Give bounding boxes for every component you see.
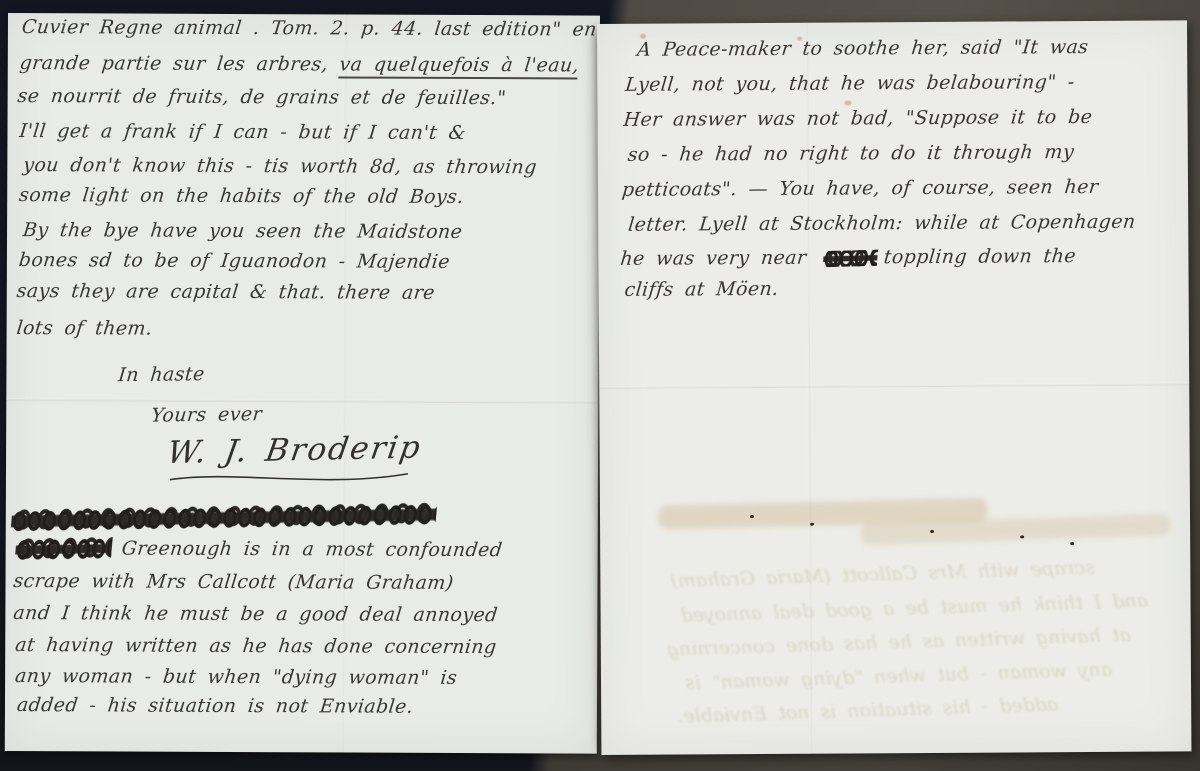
ink-scribble: [14, 535, 112, 563]
ink-speck: [930, 530, 934, 533]
manuscript-line: By the bye have you seen the Maidstone: [22, 219, 464, 243]
closing-line: Yours ever: [150, 403, 263, 426]
manuscript-line: se nourrit de fruits, de grains et de fe…: [16, 85, 507, 109]
ink-scribble: [10, 497, 438, 538]
signature-flourish: [164, 468, 414, 487]
manuscript-line: he was very near toppling down the: [619, 245, 1077, 270]
manuscript-line: scrape with Mrs Callcott (Maria Graham): [12, 570, 455, 594]
manuscript-line: some light on the habits of the old Boys…: [18, 184, 465, 208]
manuscript-line: says they are capital & that. there are: [16, 280, 436, 304]
manuscript-line: Cuvier Regne animal . Tom. 2. p. 44. las…: [21, 16, 598, 40]
ghost-text-line: added - his situation is not Enviable.: [677, 693, 1059, 727]
ink-speck: [1020, 535, 1024, 538]
redacted-line: [10, 500, 438, 536]
ghost-text-line: any woman - but when "dying woman" is: [685, 658, 1113, 694]
manuscript-line: so - he had no right to do it through my: [627, 141, 1075, 166]
ink-scribble: [823, 250, 878, 267]
letter-page-left: Cuvier Regne animal . Tom. 2. p. 44. las…: [5, 13, 600, 754]
ghost-text-line: and I think he must be a good deal annoy…: [680, 590, 1148, 627]
fold-crease-horizontal: [599, 382, 1189, 389]
manuscript-line: Lyell, not you, that he was belabouring"…: [624, 71, 1075, 96]
manuscript-line: cliffs at Möen.: [624, 278, 780, 301]
line-text: he was very near: [619, 247, 819, 270]
fold-crease-horizontal: [6, 398, 598, 404]
signature: W. J. Broderip: [165, 430, 425, 471]
manuscript-line: you don't know this - tis worth 8d, as t…: [22, 154, 538, 178]
manuscript-line: lots of them.: [15, 317, 153, 340]
manuscript-line: at having written as he has done concern…: [14, 634, 498, 658]
foxing-spot: [844, 100, 851, 105]
ghost-text-line: at having written as he has done concern…: [667, 624, 1132, 661]
ink-speck: [750, 515, 754, 518]
manuscript-line: A Peace-maker to soothe her, said "It wa…: [636, 36, 1089, 61]
manuscript-line: bones sd to be of Iguanodon - Majendie: [18, 249, 451, 273]
line-text: grande partie sur les arbres,: [19, 52, 341, 75]
manuscript-line: Greenough is in a most confounded: [14, 536, 503, 564]
ink-speck: [810, 523, 814, 526]
line-text: toppling down the: [883, 245, 1077, 268]
ghost-text-line: scrape with Mrs Callcott (Maria Graham): [670, 556, 1095, 592]
letter-page-right: A Peace-maker to soothe her, said "It wa…: [597, 20, 1191, 755]
ink-speck: [1070, 542, 1074, 545]
photo-backdrop: Cuvier Regne animal . Tom. 2. p. 44. las…: [0, 0, 1200, 771]
manuscript-line: any woman - but when "dying woman" is: [14, 665, 458, 689]
manuscript-line: and I think he must be a good deal annoy…: [12, 602, 499, 626]
manuscript-line: grande partie sur les arbres, va quelque…: [19, 52, 581, 76]
manuscript-line: I'll get a frank if I can - but if I can…: [18, 120, 467, 144]
underlined-phrase: va quelquefois à l'eau,: [338, 53, 580, 79]
manuscript-line: letter. Lyell at Stockholm: while at Cop…: [627, 211, 1137, 236]
manuscript-line: added - his situation is not Enviable.: [16, 694, 415, 718]
line-text: Greenough is in a most confounded: [121, 538, 504, 562]
manuscript-line: petticoats". — You have, of course, seen…: [621, 176, 1099, 201]
closing-line: In haste: [117, 363, 205, 386]
manuscript-line: Her answer was not bad, "Suppose it to b…: [622, 106, 1093, 131]
